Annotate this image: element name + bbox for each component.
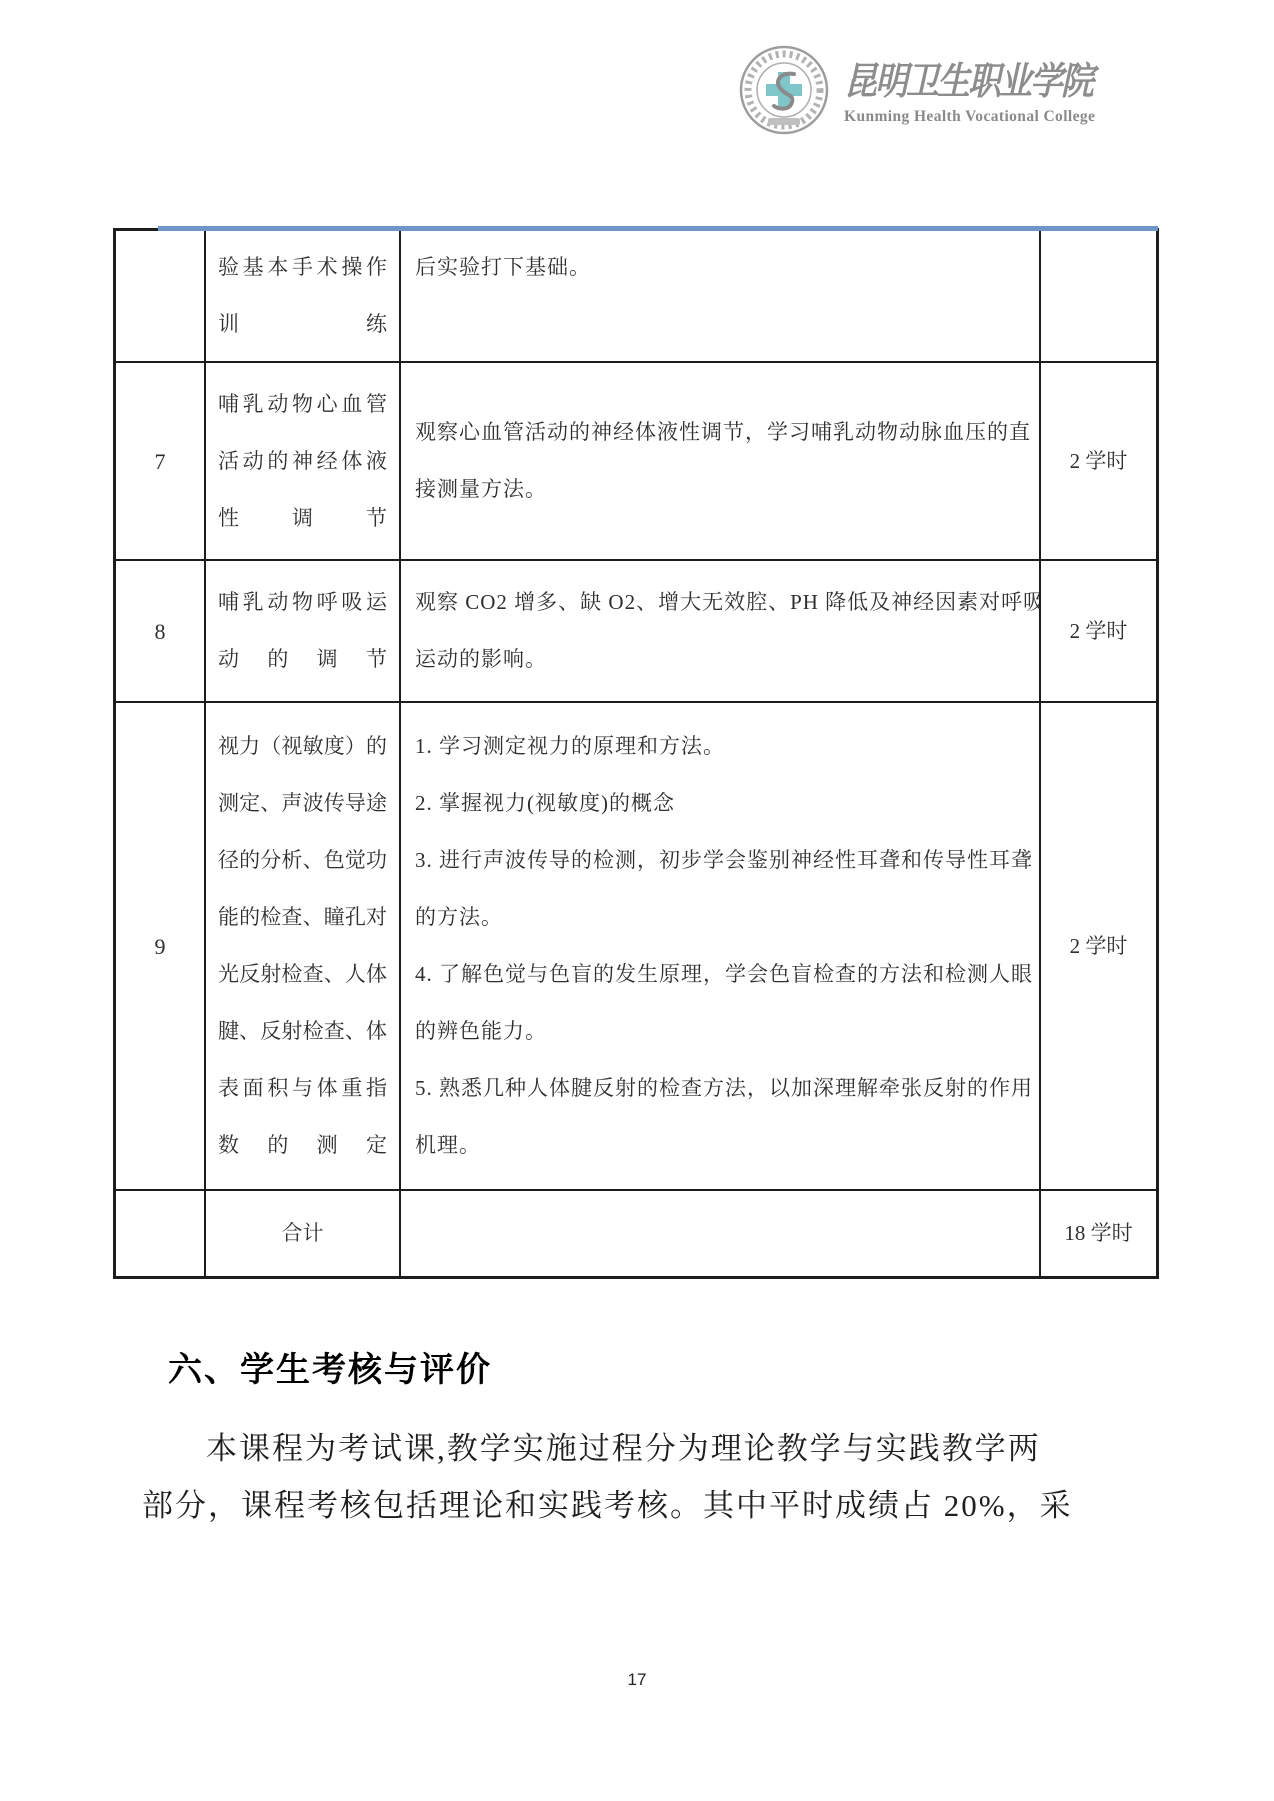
college-seal-icon	[738, 44, 830, 136]
experiment-item-line: 活动的神经体液	[206, 433, 399, 490]
class-hours: 2 学时	[1041, 603, 1156, 660]
experiment-item-line: 合计	[206, 1205, 399, 1262]
seal-banner	[768, 118, 800, 125]
cell-experiment-item: 哺乳动物呼吸运动的调节	[206, 561, 401, 701]
experiment-item-line: 径的分析、色觉功	[206, 832, 399, 889]
experiment-item-line: 哺乳动物心血管	[206, 376, 399, 433]
college-name-chinese: 昆明卫生职业学院	[844, 51, 1095, 105]
cell-experiment-item: 视力（视敏度）的测定、声波传导途径的分析、色觉功能的检查、瞳孔对光反射检查、人体…	[206, 703, 401, 1189]
experiment-item-line: 测定、声波传导途	[206, 775, 399, 832]
syllabus-table: 验基本手术操作训练后实验打下基础。7哺乳动物心血管活动的神经体液性调节观察心血管…	[113, 228, 1159, 1279]
cell-class-hours: 2 学时	[1041, 561, 1156, 701]
cell-experiment-description: 观察心血管活动的神经体液性调节，学习哺乳动物动脉血压的直接测量方法。	[401, 363, 1041, 559]
cell-row-number: 7	[116, 363, 206, 559]
class-hours: 2 学时	[1041, 433, 1156, 490]
class-hours: 2 学时	[1041, 918, 1156, 975]
cell-class-hours: 2 学时	[1041, 703, 1156, 1189]
page-number: 17	[0, 1670, 1274, 1690]
experiment-description-line: 接测量方法。	[401, 461, 1039, 518]
body-paragraph: 本课程为考试课,教学实施过程分为理论教学与实践教学两 部分，课程考核包括理论和实…	[142, 1420, 1134, 1534]
row-number: 8	[116, 603, 204, 660]
cell-experiment-item: 合计	[206, 1191, 401, 1276]
table-body: 验基本手术操作训练后实验打下基础。7哺乳动物心血管活动的神经体液性调节观察心血管…	[116, 231, 1156, 1276]
experiment-item-line: 性调节	[206, 490, 399, 547]
experiment-item-line: 验基本手术操作	[206, 239, 399, 296]
experiment-item-line: 视力（视敏度）的	[206, 718, 399, 775]
experiment-item-line: 数的测定	[206, 1117, 399, 1174]
college-name-english: Kunming Health Vocational College	[844, 108, 1095, 126]
table-top-accent-line	[158, 226, 1158, 231]
cell-class-hours: 2 学时	[1041, 363, 1156, 559]
college-header: 昆明卫生职业学院 Kunming Health Vocational Colle…	[738, 40, 1168, 140]
experiment-description-line: 机理。	[401, 1117, 1039, 1174]
paragraph-line: 本课程为考试课,教学实施过程分为理论教学与实践教学两	[142, 1420, 1134, 1477]
paragraph-line: 部分，课程考核包括理论和实践考核。其中平时成绩占 20%，采	[142, 1477, 1134, 1534]
experiment-item-line: 训练	[206, 296, 399, 353]
table-row: 验基本手术操作训练后实验打下基础。	[116, 231, 1156, 363]
row-number: 9	[116, 918, 204, 975]
cell-row-number	[116, 1191, 206, 1276]
experiment-description-line: 2. 掌握视力(视敏度)的概念	[401, 775, 1039, 832]
cell-row-number	[116, 231, 206, 361]
experiment-item-line: 哺乳动物呼吸运	[206, 574, 399, 631]
experiment-description-line: 观察心血管活动的神经体液性调节，学习哺乳动物动脉血压的直	[401, 404, 1039, 461]
college-brand: 昆明卫生职业学院 Kunming Health Vocational Colle…	[844, 55, 1095, 126]
experiment-item-line: 腱、反射检查、体	[206, 1003, 399, 1060]
experiment-description-line: 运动的影响。	[401, 631, 1039, 688]
cell-class-hours	[1041, 231, 1156, 361]
row-number: 7	[116, 433, 204, 490]
experiment-description-line: 5. 熟悉几种人体腱反射的检查方法，以加深理解牵张反射的作用	[401, 1060, 1039, 1117]
experiment-description-line: 后实验打下基础。	[401, 239, 1039, 296]
cell-experiment-description: 后实验打下基础。	[401, 231, 1041, 361]
table-row: 7哺乳动物心血管活动的神经体液性调节观察心血管活动的神经体液性调节，学习哺乳动物…	[116, 363, 1156, 561]
experiment-description-line: 的方法。	[401, 889, 1039, 946]
experiment-item-line: 动的调节	[206, 631, 399, 688]
cell-experiment-item: 哺乳动物心血管活动的神经体液性调节	[206, 363, 401, 559]
cell-row-number: 9	[116, 703, 206, 1189]
cell-row-number: 8	[116, 561, 206, 701]
cell-class-hours: 18 学时	[1041, 1191, 1156, 1276]
experiment-item-line: 光反射检查、人体	[206, 946, 399, 1003]
experiment-description-line: 的辨色能力。	[401, 1003, 1039, 1060]
cell-experiment-description	[401, 1191, 1041, 1276]
experiment-description-line: 3. 进行声波传导的检测，初步学会鉴别神经性耳聋和传导性耳聋	[401, 832, 1039, 889]
experiment-description-line: 4. 了解色觉与色盲的发生原理，学会色盲检查的方法和检测人眼	[401, 946, 1039, 1003]
table-row: 8哺乳动物呼吸运动的调节观察 CO2 增多、缺 O2、增大无效腔、PH 降低及神…	[116, 561, 1156, 703]
section-heading: 六、学生考核与评价	[168, 1342, 492, 1391]
experiment-description-line: 观察 CO2 增多、缺 O2、增大无效腔、PH 降低及神经因素对呼吸	[401, 574, 1039, 631]
experiment-item-line: 能的检查、瞳孔对	[206, 889, 399, 946]
table-row: 9视力（视敏度）的测定、声波传导途径的分析、色觉功能的检查、瞳孔对光反射检查、人…	[116, 703, 1156, 1191]
document-page: 昆明卫生职业学院 Kunming Health Vocational Colle…	[0, 0, 1274, 1801]
cell-experiment-item: 验基本手术操作训练	[206, 231, 401, 361]
experiment-description-line: 1. 学习测定视力的原理和方法。	[401, 718, 1039, 775]
table-row: 合计18 学时	[116, 1191, 1156, 1276]
class-hours: 18 学时	[1041, 1205, 1156, 1262]
experiment-item-line: 表面积与体重指	[206, 1060, 399, 1117]
cell-experiment-description: 1. 学习测定视力的原理和方法。2. 掌握视力(视敏度)的概念3. 进行声波传导…	[401, 703, 1041, 1189]
cell-experiment-description: 观察 CO2 增多、缺 O2、增大无效腔、PH 降低及神经因素对呼吸运动的影响。	[401, 561, 1041, 701]
